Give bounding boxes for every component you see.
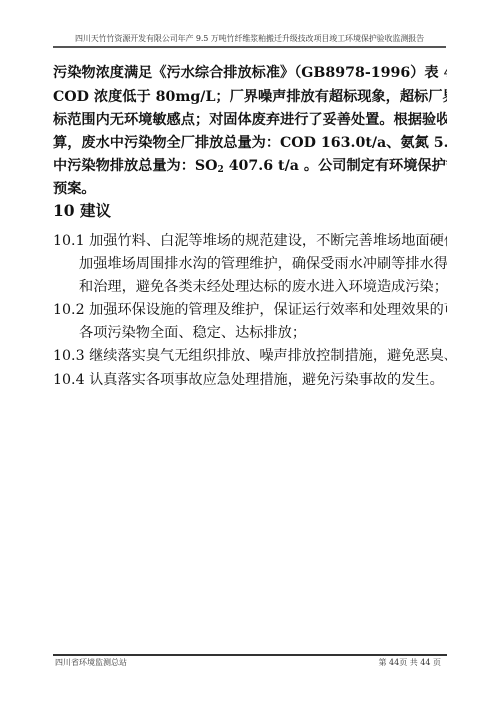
- footer-divider: [53, 654, 447, 656]
- page-number: 第 44页 共 44 页: [378, 657, 441, 668]
- recommendation-line: 加强堆场周围排水沟的管理维护，确保受雨水冲刷等排水得到妥善收集: [79, 255, 447, 273]
- so2-value: 407.6 t/a 。公司制定有环境保护管理制度和应急: [224, 158, 447, 174]
- paragraph-line: 预案。: [53, 180, 447, 198]
- paragraph-line: 污染物浓度满足《污水综合排放标准》（GB8978-1996）表 4 一级标准的要…: [53, 64, 447, 82]
- document-page: 四川天竹竹资源开发有限公司年产 9.5 万吨竹纤维浆粕搬迁升级技改项目竣工环境保…: [0, 0, 500, 707]
- paragraph-line: 标范围内无环境敏感点；对固体废弃进行了妥善处置。根据验收监测结果计: [53, 111, 447, 129]
- recommendation-line: 和治理，避免各类未经处理达标的废水进入环境造成污染；: [79, 278, 447, 296]
- recommendation-line: 各项污染物全面、稳定、达标排放；: [79, 324, 447, 342]
- recommendation-line: 10.4 认真落实各项事故应急处理措施，避免污染事故的发生。: [53, 371, 447, 389]
- header-divider: [53, 46, 446, 48]
- recommendation-line: 10.2 加强环保设施的管理及维护，保证运行效率和处理效果的可靠性，确保: [53, 301, 447, 319]
- paragraph-line-so2: 中污染物排放总量为：SO2 407.6 t/a 。公司制定有环境保护管理制度和应…: [53, 157, 447, 179]
- paragraph-line: 算，废水中污染物全厂排放总量为：COD 163.0t/a、氨氮 5.43t/a，…: [53, 134, 447, 152]
- paragraph-line: COD 浓度低于 80mg/L；厂界噪声排放有超标现象，超标厂界外噪声衰减达: [53, 88, 447, 106]
- section-heading: 10 建议: [53, 202, 111, 220]
- recommendation-line: 10.3 继续落实臭气无组织排放、噪声排放控制措施，避免恶臭、噪声扰民；: [53, 347, 447, 365]
- recommendation-line: 10.1 加强竹料、白泥等堆场的规范建设，不断完善堆场地面硬化等防渗措施，: [53, 232, 447, 250]
- so2-label: 中污染物排放总量为：SO: [53, 158, 217, 174]
- running-header: 四川天竹竹资源开发有限公司年产 9.5 万吨竹纤维浆粕搬迁升级技改项目竣工环境保…: [53, 33, 446, 44]
- footer-organization: 四川省环境监测总站: [55, 657, 127, 668]
